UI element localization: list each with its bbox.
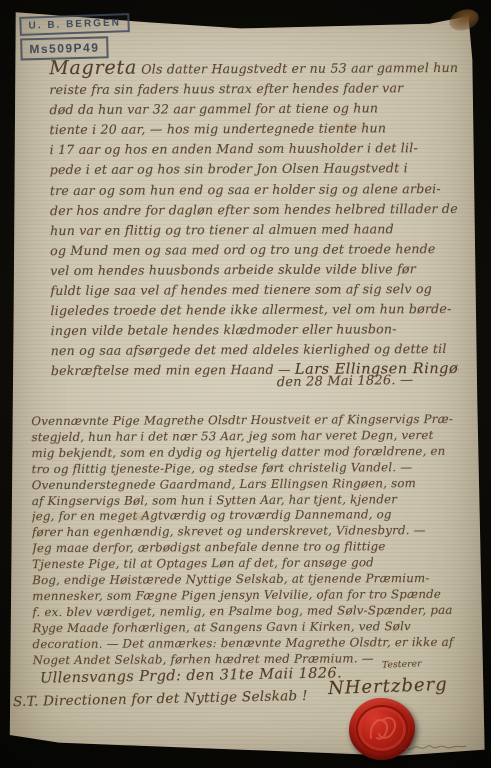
- manuscript-line: tiente i 20 aar, — hos mig undertegnede …: [49, 118, 457, 140]
- attest-word: Testerer: [382, 659, 422, 670]
- manuscript-line: Magreta Ols datter Haugstvedt er nu 53 a…: [49, 56, 457, 80]
- manuscript-line: Ovenunderstegnede Gaardmand, Lars Elling…: [32, 476, 460, 494]
- photograph-of-manuscript: U. B. BERGEN Ms509P49 Magreta Ols datter…: [0, 0, 491, 768]
- manuscript-lines: reiste fra sin faders huus strax efter h…: [49, 78, 458, 361]
- manuscript-paragraph-2: Ovennævnte Pige Magrethe Olsdtr Houstvei…: [31, 412, 460, 669]
- manuscript-line: i 17 aar og hos en anden Mand som huusho…: [50, 138, 458, 160]
- manuscript-line: ligeledes troede det hende ikke allermes…: [50, 299, 458, 321]
- opening-name: Magreta: [49, 57, 137, 79]
- manuscript-line: pede i et aar og hos sin broder Jon Olse…: [50, 158, 458, 180]
- faint-handwriting-mark: [398, 738, 468, 756]
- manuscript-line: fører han egenhændig, skrevet og undersk…: [32, 523, 460, 541]
- manuscript-line: død da hun var 32 aar gammel for at tien…: [49, 98, 457, 120]
- manuscript-line: og Mund men og saa med ord og tro ung de…: [50, 239, 458, 261]
- manuscript-line: tre aar og som hun end og saa er holder …: [50, 178, 458, 200]
- manuscript-line-text: Ols datter Haugstvedt er nu 53 aar gamme…: [137, 60, 457, 77]
- manuscript-line: fuldt lige saa vel af hendes med tienere…: [50, 279, 458, 301]
- manuscript-line: f. ex. blev værdiget, nemlig, en Psalme …: [32, 603, 460, 621]
- library-stamp-name: U. B. BERGEN: [19, 13, 130, 36]
- signature-hertzberg: NHertzberg: [328, 674, 448, 699]
- manuscript-line: vel om hendes huusbonds arbeide skulde v…: [50, 259, 458, 281]
- manuscript-line: af Kingservigs Bøl, som hun i Sytten Aar…: [32, 491, 460, 509]
- manuscript-line: decoration. — Det anmærkes: benævnte Mag…: [33, 635, 461, 653]
- library-stamp: U. B. BERGEN Ms509P49: [19, 13, 131, 61]
- manuscript-line: der hos andre for dagløn efter som hende…: [50, 199, 458, 221]
- manuscript-line: Ryge Maade forhærligen, at Sangens Gavn …: [32, 619, 460, 637]
- manuscript-line: mig bekjendt, som en dydig og hjertelig …: [32, 444, 460, 462]
- manuscript-paragraph-1: Magreta Ols datter Haugstvedt er nu 53 a…: [49, 56, 459, 382]
- manuscript-line: nen og saa afsørgede det med aldeles kie…: [51, 339, 459, 361]
- manuscript-line: hun var en flittig og tro tiener al almu…: [50, 219, 458, 241]
- manuscript-line: reiste fra sin faders huus strax efter h…: [49, 78, 457, 100]
- manuscript-line: tro og flittig tjeneste-Pige, og stedse …: [32, 460, 460, 478]
- manuscript-line: ingen vilde betale hendes klædmoder elle…: [51, 319, 459, 341]
- manuscript-lines: Ovennævnte Pige Magrethe Olsdtr Houstvei…: [31, 412, 460, 669]
